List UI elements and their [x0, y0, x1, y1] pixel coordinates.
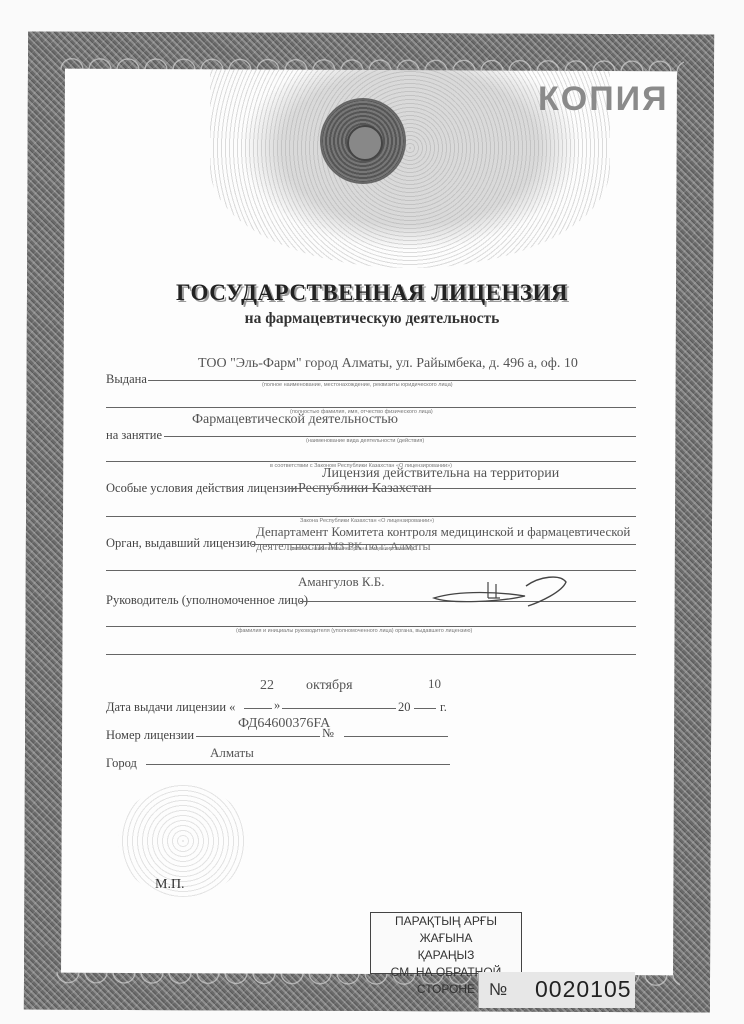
license-number-label: Номер лицензии [106, 728, 194, 743]
special-conditions-value-2: Республики Казахстан [298, 481, 432, 497]
head-hint: (фамилия и инициалы руководителя (уполно… [236, 628, 472, 634]
issuing-authority-line-2 [106, 570, 636, 571]
head-line-3 [106, 654, 636, 655]
issued-to-hint: (полное наименование, местонахождение, р… [262, 382, 453, 388]
issue-date-year: 10 [428, 676, 441, 692]
special-conditions-label: Особые условия действия лицензии [106, 481, 297, 496]
copy-watermark: КОПИЯ [538, 80, 669, 119]
activity-label: на занятие [106, 428, 162, 443]
document-subtitle: на фармацевтическую деятельность [0, 310, 744, 328]
issued-to-line [148, 380, 636, 381]
serial-number-sign: № [489, 980, 507, 1000]
head-line-2 [106, 626, 636, 627]
license-number-line-2 [344, 736, 448, 737]
issue-date-close-quote: » [274, 698, 280, 713]
issued-to-line-2 [106, 407, 636, 408]
reverse-side-stamp: ПАРАҚТЫҢ АРҒЫ ЖАҒЫНА ҚАРАҢЫЗ СМ. НА ОБРА… [370, 912, 522, 974]
issued-to-label: Выдана [106, 372, 147, 387]
serial-number-box: № 0020105 [478, 972, 635, 1008]
head-label: Руководитель (уполномоченное лицо) [106, 593, 308, 608]
reverse-stamp-line-1: ПАРАҚТЫҢ АРҒЫ ЖАҒЫНА [371, 913, 521, 947]
city-line [146, 764, 450, 765]
signature-icon [430, 572, 570, 608]
document-title: ГОСУДАРСТВЕННАЯ ЛИЦЕНЗИЯ [0, 280, 744, 306]
issue-date-year-suffix: г. [440, 700, 447, 715]
issuing-authority-value-1: Департамент Комитета контроля медицинско… [256, 524, 630, 540]
issue-date-century: 20 [398, 700, 411, 715]
city-label: Город [106, 756, 137, 771]
license-number-value: ФД64600376FA [238, 716, 330, 732]
issuing-authority-line [252, 544, 636, 545]
activity-line-2 [106, 461, 636, 462]
issued-to-value: ТОО "Эль-Фарм" город Алматы, ул. Райымбе… [198, 356, 578, 372]
issue-date-month-line [282, 708, 396, 709]
issue-date-day-line [244, 708, 272, 709]
city-value: Алматы [210, 745, 254, 761]
issue-date-year-line [414, 708, 436, 709]
license-number-no-sign: № [322, 726, 334, 741]
activity-hint: (наименование вида деятельности (действи… [306, 438, 424, 444]
issue-date-month: октября [306, 678, 353, 694]
activity-value: Фармацевтической деятельностью [192, 412, 398, 428]
special-conditions-value-1: Лицензия действительна на территории [322, 466, 559, 482]
serial-number: 0020105 [535, 976, 632, 1003]
special-conditions-line [290, 488, 636, 489]
issuing-authority-label: Орган, выдавший лицензию [106, 536, 256, 551]
activity-line [164, 436, 636, 437]
head-value: Амангулов К.Б. [298, 574, 385, 590]
scanned-page: КОПИЯ ГОСУДАРСТВЕННАЯ ЛИЦЕНЗИЯ на фармац… [0, 0, 744, 1024]
seal-place-label: М.П. [155, 877, 185, 893]
special-conditions-line-2 [106, 516, 636, 517]
issuing-authority-hint: (полное наименование органа лицензирован… [290, 546, 413, 552]
reverse-stamp-line-2: ҚАРАҢЫЗ [371, 947, 521, 964]
issue-date-label: Дата выдачи лицензии « [106, 700, 235, 715]
license-number-line [196, 736, 320, 737]
issue-date-day: 22 [260, 678, 274, 694]
state-emblem-icon [322, 100, 404, 182]
